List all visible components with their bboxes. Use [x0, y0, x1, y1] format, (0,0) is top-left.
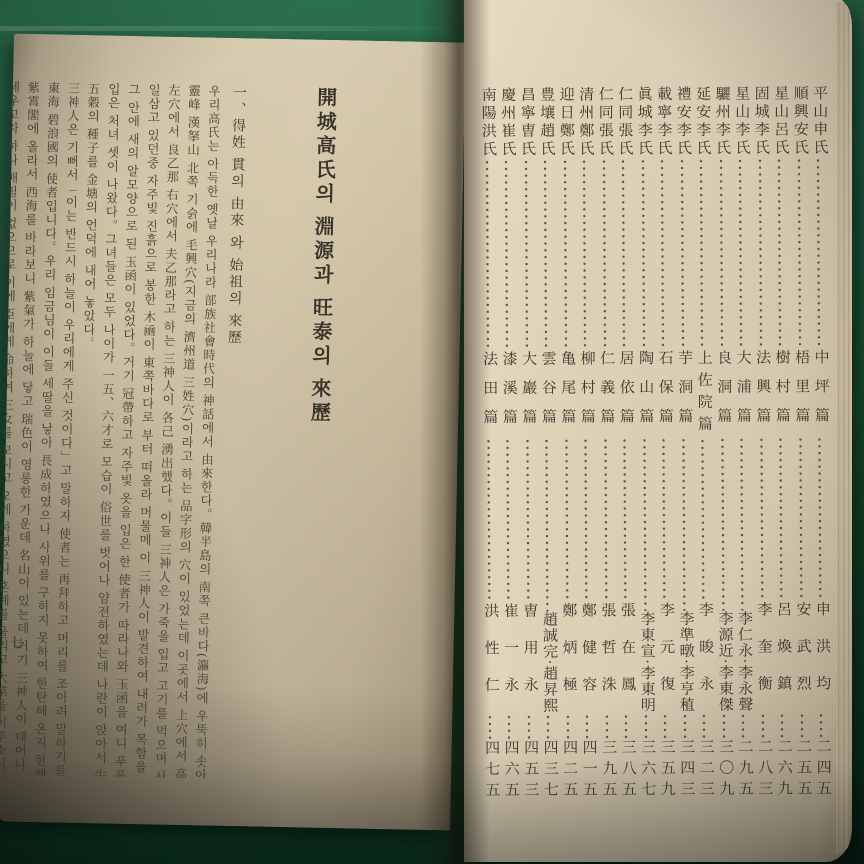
person-name: 申洪均 [812, 601, 830, 712]
dotted-leader [754, 712, 771, 738]
branch-name: 法興篇 [752, 349, 769, 436]
branch-name: 雲谷篇 [538, 351, 555, 438]
branch-name: 陶山篇 [635, 350, 652, 437]
left-page-text: 開城高氏의 淵源과 旺泰의 來歷 一、得姓 貫의 由來 와 始祖의 來歷 우리高… [19, 81, 439, 783]
toc-column: 順興安氏梧里篇安武烈二五五 [790, 85, 811, 801]
dotted-leader [751, 157, 769, 349]
dotted-leader [635, 437, 653, 611]
branch-name: 樹村篇 [772, 349, 789, 436]
toc-column: 迎日鄭氏亀尾篇鄭炳極四二五 [556, 86, 577, 802]
dotted-leader [517, 159, 535, 351]
dotted-leader [791, 436, 809, 601]
dotted-leader [694, 438, 712, 602]
toc-column: 慶州崔氏漆溪篇崔一永四六五 [497, 87, 518, 803]
dotted-leader [578, 713, 595, 739]
clan-name: 驪州李氏 [712, 86, 729, 158]
person-name: 趙誠完·趙昇熙 [539, 612, 557, 714]
person-name: 李元復 [656, 602, 674, 713]
person-name: 李晙永 [695, 602, 713, 713]
dotted-leader [557, 437, 575, 602]
person-name: 李奎衡 [753, 601, 771, 712]
branch-name: 漆溪篇 [499, 351, 516, 438]
dotted-leader [712, 158, 730, 350]
person-name: 洪性仁 [480, 603, 498, 714]
clan-name: 星山李氏 [731, 85, 748, 157]
person-name: 鄭炳極 [558, 602, 576, 713]
clan-name: 固城李氏 [751, 85, 768, 157]
branch-name: 法田篇 [479, 351, 496, 438]
person-name: 崔一永 [500, 603, 518, 714]
person-name: 李源近·李東傑 [714, 611, 732, 713]
branch-name: 大巖篇 [518, 351, 535, 438]
left-page: 開城高氏의 淵源과 旺泰의 來歷 一、得姓 貫의 由來 와 始祖의 來歷 우리高… [0, 34, 466, 831]
person-name: 安武烈 [792, 601, 810, 712]
dotted-leader [752, 436, 770, 601]
dotted-leader [479, 438, 497, 603]
person-name: 張哲洙 [597, 602, 615, 713]
page-number: 七 [6, 636, 25, 649]
dotted-leader [771, 157, 789, 349]
clan-name: 昌寧曺氏 [517, 87, 534, 159]
dotted-leader [478, 159, 496, 351]
page-ref: 四三七 [540, 740, 557, 803]
dotted-leader [656, 713, 673, 739]
branch-name: 良洞篇 [713, 350, 730, 437]
clan-name: 仁同張氏 [614, 86, 631, 158]
toc-column: 清州鄭氏柳村篇鄭健容四一五 [575, 86, 596, 802]
person-name: 李仁永·李永聲 [734, 610, 752, 712]
dotted-leader [695, 713, 712, 739]
table-edge-highlight [0, 26, 470, 31]
clan-name: 禮安李氏 [673, 86, 690, 158]
dotted-leader [596, 437, 614, 602]
page-ref: 二五五 [793, 738, 810, 801]
person-name: 張在鳳 [617, 602, 635, 713]
page-ref: 三〇九 [715, 739, 732, 802]
branch-name: 亀尾篇 [557, 350, 574, 437]
section-heading: 一、得姓 貫의 由來 와 始祖의 來歷 [217, 85, 302, 780]
person-name: 鄭健容 [578, 602, 596, 713]
dotted-leader [674, 437, 692, 611]
clan-name: 豊壤趙氏 [536, 87, 553, 159]
person-name: 李東宣·李東明 [636, 611, 654, 713]
clan-name: 平山申氏 [809, 85, 826, 157]
dotted-leader [793, 712, 810, 738]
dotted-leader [577, 437, 595, 602]
dotted-leader [576, 158, 594, 350]
table-of-contents: 平山申氏中坪篇申洪均二四五 順興安氏梧里篇安武烈二五五 星山呂氏樹村篇呂煥鎮二六… [475, 85, 830, 803]
dotted-leader [773, 712, 790, 738]
toc-column: 禮安李氏芋洞篇李準暾·李亨稙三四三 [673, 86, 694, 802]
dotted-leader [595, 158, 613, 350]
dotted-leader [811, 436, 829, 601]
dotted-leader [637, 713, 654, 739]
clan-name: 清州鄭氏 [575, 86, 592, 158]
dotted-leader [790, 157, 808, 349]
clan-name: 載寧李氏 [653, 86, 670, 158]
dotted-leader [559, 713, 576, 739]
branch-name: 上佐院篇 [694, 350, 711, 438]
dotted-leader [617, 713, 634, 739]
dotted-leader [520, 714, 537, 740]
page-edge-stack [836, 2, 850, 854]
clan-name: 慶州崔氏 [497, 87, 514, 159]
page-ref: 三九五 [598, 739, 615, 802]
clan-name: 南陽洪氏 [478, 87, 495, 159]
clan-name: 仁同張氏 [595, 86, 612, 158]
dotted-leader [556, 158, 574, 350]
dotted-leader [598, 713, 615, 739]
clan-name: 迎日鄭氏 [556, 86, 573, 158]
dotted-leader [772, 436, 790, 601]
page-ref: 三四三 [676, 739, 693, 802]
toc-column: 延安李氏上佐院篇李晙永三二三 [692, 86, 713, 802]
page-ref: 三六七 [637, 739, 654, 802]
dotted-leader [615, 158, 633, 350]
branch-name: 柳村篇 [577, 350, 594, 437]
dotted-leader [654, 158, 672, 350]
dotted-leader [676, 713, 693, 739]
page-ref: 二四五 [813, 738, 830, 801]
dotted-leader [537, 159, 555, 351]
toc-column: 驪州李氏良洞篇李源近·李東傑三〇九 [712, 86, 733, 802]
dotted-leader [732, 157, 750, 349]
dotted-leader [500, 714, 517, 740]
dotted-leader [538, 438, 556, 612]
dotted-leader [734, 712, 751, 738]
page-ref: 四五三 [520, 740, 537, 803]
dotted-leader [673, 158, 691, 350]
clan-name: 星山呂氏 [770, 85, 787, 157]
page-ref: 二六九 [774, 738, 791, 801]
dotted-leader [539, 714, 556, 740]
toc-column: 固城李氏法興篇李奎衡二八三 [751, 85, 772, 801]
branch-name: 居依篇 [616, 350, 633, 437]
dotted-leader [733, 436, 751, 610]
clan-name: 延安李氏 [692, 86, 709, 158]
toc-column: 仁同張氏仁義篇張哲洙三九五 [595, 86, 616, 802]
person-name: 呂煥鎮 [773, 601, 791, 712]
toc-column: 平山申氏中坪篇申洪均二四五 [809, 85, 830, 801]
right-page: 平山申氏中坪篇申洪均二四五 順興安氏梧里篇安武烈二五五 星山呂氏樹村篇呂煥鎮二六… [464, 0, 852, 862]
toc-column: 眞城李氏陶山篇李東宣·李東明三六七 [634, 86, 655, 802]
toc-column: 星山李氏大浦篇李仁永·李永聲二九五 [731, 85, 752, 801]
page-ref: 二八三 [754, 738, 771, 801]
branch-name: 石保篇 [655, 350, 672, 437]
dotted-leader [481, 714, 498, 740]
branch-name: 大浦篇 [733, 349, 750, 436]
toc-column: 南陽洪氏法田篇洪性仁四七五 [478, 87, 499, 803]
toc-column: 豊壤趙氏雲谷篇趙誠完·趙昇熙四三七 [536, 87, 557, 803]
page-ref: 四二五 [559, 739, 576, 802]
branch-name: 梧里篇 [791, 349, 808, 436]
branch-name: 芋洞篇 [674, 350, 691, 437]
clan-name: 順興安氏 [790, 85, 807, 157]
toc-column: 昌寧曺氏大巖篇曺用永四五三 [517, 87, 538, 803]
dotted-leader [616, 437, 634, 602]
dotted-leader [713, 437, 731, 611]
dotted-leader [498, 159, 516, 351]
dotted-leader [693, 158, 711, 350]
page-ref: 四一五 [579, 739, 596, 802]
dotted-leader [715, 713, 732, 739]
toc-column: 星山呂氏樹村篇呂煥鎮二六九 [770, 85, 791, 801]
page-ref: 三五九 [657, 739, 674, 802]
toc-column: 仁同張氏居依篇張在鳳三八五 [614, 86, 635, 802]
person-name: 曺用永 [519, 603, 537, 714]
page-ref: 四六五 [501, 740, 518, 803]
dotted-leader [812, 712, 829, 738]
photo-open-book: { "left_page": { "page_number": "七", "ti… [0, 0, 864, 864]
page-ref: 二九五 [735, 738, 752, 801]
page-ref: 三八五 [618, 739, 635, 802]
branch-name: 仁義篇 [596, 350, 613, 437]
page-title: 開城高氏의 淵源과 旺泰의 來歷 [301, 87, 439, 783]
page-ref: 三二三 [696, 739, 713, 802]
branch-name: 中坪篇 [811, 349, 828, 436]
person-name: 李準暾·李亨稙 [675, 611, 693, 713]
clan-name: 眞城李氏 [634, 86, 651, 158]
page-ref: 四七五 [481, 740, 498, 803]
toc-column: 載寧李氏石保篇李元復三五九 [653, 86, 674, 802]
dotted-leader [518, 438, 536, 603]
dotted-leader [655, 437, 673, 602]
dotted-leader [810, 157, 828, 349]
dotted-leader [634, 158, 652, 350]
dotted-leader [499, 438, 517, 603]
